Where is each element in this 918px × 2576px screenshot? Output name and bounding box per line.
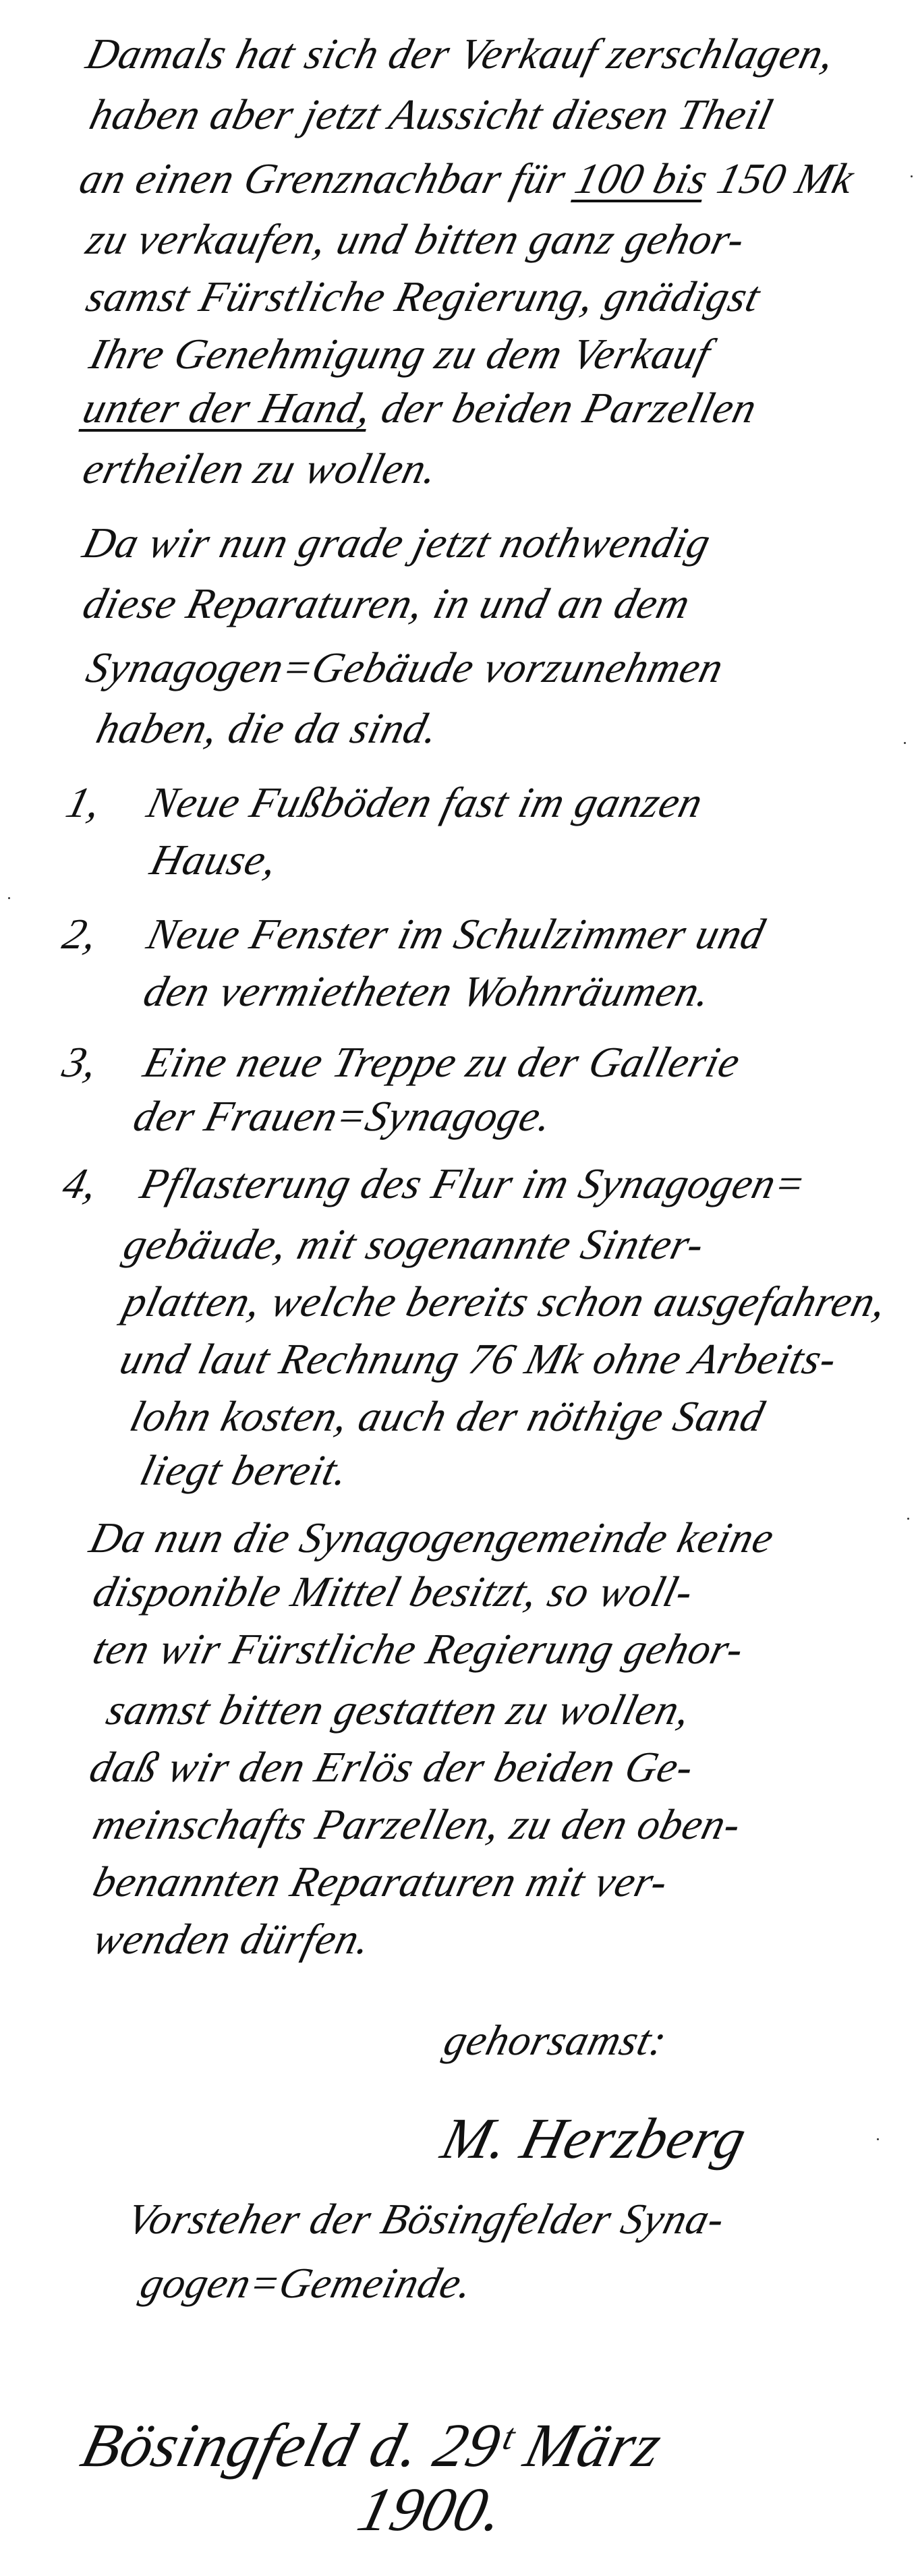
- item-4-number: 4,: [57, 1157, 103, 1211]
- signature-title-line-2: gogen=Gemeinde.: [135, 2256, 479, 2310]
- closing-line-6: meinschafts Parzellen, zu den oben-: [88, 1798, 747, 1852]
- item-4-line-6: liegt bereit.: [135, 1443, 355, 1497]
- body-line-4: zu verkaufen, und bitten ganz gehor-: [81, 212, 751, 266]
- body-line-6: Ihre Genehmigung zu dem Verkauf: [84, 327, 716, 381]
- closing-line-1: Da nun die Synagogengemeinde keine: [84, 1511, 780, 1565]
- body-line-1: Damals hat sich der Verkauf zerschlagen,: [81, 27, 840, 81]
- item-2-line-1: Neue Fenster im Schulzimmer und: [142, 907, 771, 961]
- body-line-8: ertheilen zu wollen.: [78, 442, 444, 496]
- signature-salutation: gehorsamst:: [438, 2013, 672, 2067]
- item-4-line-5: lohn kosten, auch der nöthige Sand: [125, 1390, 770, 1443]
- year-line: 1900.: [351, 2472, 512, 2546]
- price-underlined: 100 bis: [571, 154, 713, 202]
- body-line-11: Synagogen=Gebäude vorzunehmen: [81, 641, 729, 695]
- item-1-line-1: Neue Fußböden fast im ganzen: [142, 776, 709, 830]
- underlined-phrase: unter der Hand,: [78, 384, 377, 432]
- scan-speck: [8, 897, 10, 899]
- body-line-7: unter der Hand, der beiden Parzellen: [78, 381, 763, 435]
- closing-line-4: samst bitten gestatten zu wollen,: [101, 1683, 697, 1737]
- scan-speck: [911, 175, 913, 177]
- item-2-line-2: den vermietheten Wohnräumen.: [138, 965, 717, 1019]
- signature-title-line-1: Vorsteher der Bösingfelder Syna-: [121, 2192, 730, 2246]
- scan-speck: [904, 742, 906, 744]
- place-date-line: Bösingfeld d. 29ᵗ März: [74, 2408, 670, 2482]
- body-line-2: haben aber jetzt Aussicht diesen Theil: [84, 88, 778, 142]
- body-line-7-text: der beiden Parzellen: [377, 384, 762, 432]
- signature-name: M. Herzberg: [435, 2105, 753, 2172]
- price-rest: 150 Mk: [713, 154, 859, 202]
- handwritten-letter-page: Damals hat sich der Verkauf zerschlagen,…: [0, 0, 918, 2576]
- item-3-line-2: der Frauen=Synagoge.: [128, 1089, 558, 1143]
- item-2-number: 2,: [57, 907, 103, 961]
- scan-speck: [877, 2138, 879, 2140]
- item-4-line-4: und laut Rechnung 76 Mk ohne Arbeits-: [115, 1332, 843, 1386]
- item-3-line-1: Eine neue Treppe zu der Gallerie: [138, 1035, 746, 1089]
- item-3-number: 3,: [57, 1035, 103, 1089]
- body-line-5: samst Fürstliche Regierung, gnädigst: [81, 270, 766, 324]
- closing-line-8: wenden dürfen.: [88, 1912, 377, 1966]
- scan-speck: [907, 1518, 909, 1520]
- body-line-3: an einen Grenznachbar für 100 bis 150 Mk: [74, 152, 860, 206]
- body-line-9: Da wir nun grade jetzt nothwendig: [78, 516, 716, 570]
- closing-line-2: disponible Mittel besitzt, so woll-: [88, 1565, 699, 1619]
- item-1-line-2: Hause,: [145, 833, 283, 887]
- closing-line-5: daß wir den Erlös der beiden Ge-: [84, 1740, 699, 1794]
- body-line-12: haben, die da sind.: [91, 702, 444, 755]
- item-4-line-3: platten, welche bereits schon ausgefahre…: [118, 1275, 893, 1329]
- body-line-10: diese Reparaturen, in und an dem: [78, 577, 696, 631]
- closing-line-3: ten wir Fürstliche Regierung gehor-: [88, 1622, 750, 1676]
- item-1-number: 1,: [61, 776, 107, 830]
- item-4-line-1: Pflasterung des Flur im Synagogen=: [135, 1157, 812, 1211]
- body-line-3-text: an einen Grenznachbar für: [75, 154, 571, 202]
- item-4-line-2: gebäude, mit sogenannte Sinter-: [118, 1218, 710, 1271]
- closing-line-7: benannten Reparaturen mit ver-: [88, 1855, 674, 1909]
